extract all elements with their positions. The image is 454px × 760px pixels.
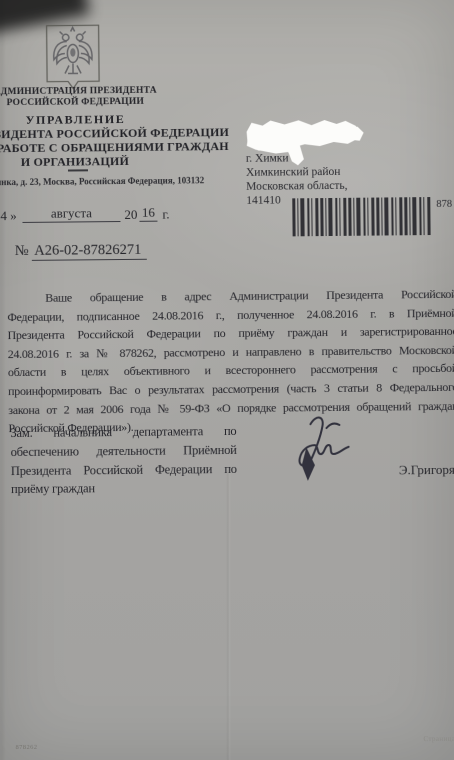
recipient-district: Химкинский район: [246, 165, 348, 180]
handwritten-signature: [280, 412, 363, 483]
letterhead-dept-line4: И ОРГАНИЗАЦИЙ: [21, 154, 129, 170]
footer-page-label: Страница: [423, 735, 454, 743]
date-day: 4 »: [0, 208, 16, 224]
letterhead-org-line2: РОССИЙСКОЙ ФЕДЕРАЦИИ: [7, 97, 144, 108]
signatory-name: Э.Григоря: [399, 462, 454, 479]
recipient-region: Московская область,: [246, 179, 348, 194]
letterhead-org-line1: АДМИНИСТРАЦИЯ ПРЕЗИДЕНТА: [0, 86, 157, 98]
signatory-title-line: Президента Российской Федерации по: [11, 462, 237, 483]
reference-label: №: [15, 243, 29, 259]
signatory-title-line: Зам. начальника департамента по: [10, 424, 236, 445]
reference-value: А26-02-87826271: [32, 242, 146, 261]
date-year: 16: [139, 205, 157, 222]
signatory-title-block: Зам. начальника департамента по обеспече…: [10, 424, 237, 501]
body-paragraph: Ваше обращение в адрес Администрации Пре…: [7, 287, 454, 440]
letterhead-divider: [68, 169, 88, 171]
letterhead-address: инка, д. 23, Москва, Российская Федераци…: [0, 175, 204, 187]
coat-of-arms-icon: [45, 23, 104, 94]
signatory-title-line: обеспечению деятельности Приёмной: [11, 443, 237, 464]
footer-registration-number: 878262: [15, 744, 37, 751]
document-content: АДМИНИСТРАЦИЯ ПРЕЗИДЕНТА РОССИЙСКОЙ ФЕДЕ…: [0, 0, 454, 760]
reference-number: № А26-02-87826271: [15, 242, 147, 260]
barcode-number: 878: [436, 199, 452, 210]
document-photo: АДМИНИСТРАЦИЯ ПРЕЗИДЕНТА РОССИЙСКОЙ ФЕДЕ…: [0, 0, 454, 760]
date-month: августа: [22, 205, 120, 223]
date-suffix: г.: [162, 207, 169, 223]
date-century: 20: [124, 207, 137, 223]
signatory-title-line: приёму граждан: [11, 480, 237, 501]
barcode: [292, 197, 430, 236]
recipient-city: г. Химки: [246, 151, 348, 166]
